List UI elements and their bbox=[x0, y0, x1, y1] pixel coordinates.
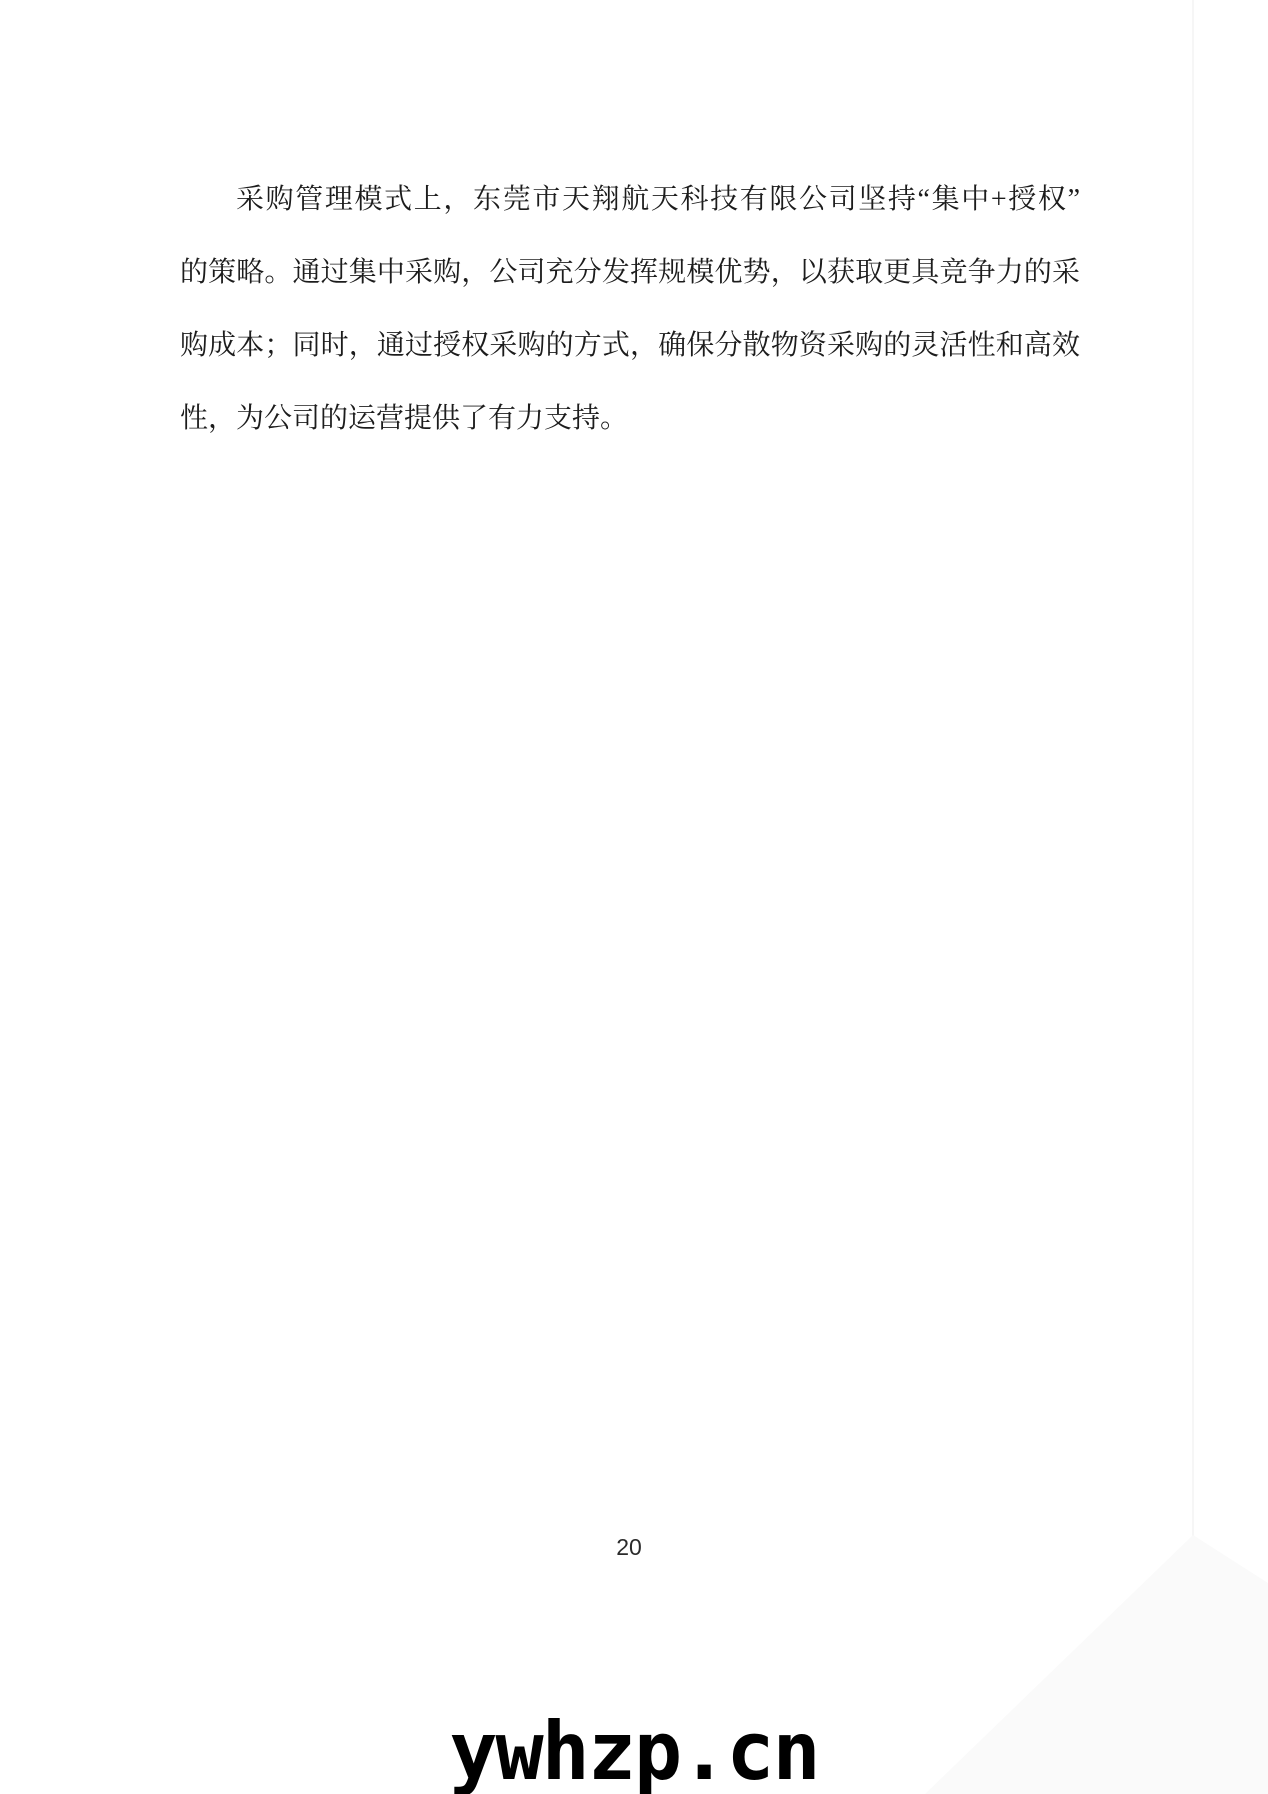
scan-artifact-line bbox=[1192, 0, 1194, 1794]
watermark-text: ywhzp.cn bbox=[0, 1712, 1268, 1792]
page-number: 20 bbox=[0, 1534, 1258, 1561]
paragraph-line: 购成本；同时，通过授权采购的方式，确保分散物资采购的灵活性和高效 bbox=[180, 309, 1080, 382]
document-page: 采购管理模式上，东莞市天翔航天科技有限公司坚持“集中+授权” 的策略。通过集中采… bbox=[0, 0, 1268, 1794]
body-paragraph: 采购管理模式上，东莞市天翔航天科技有限公司坚持“集中+授权” 的策略。通过集中采… bbox=[180, 163, 1080, 455]
paragraph-line: 的策略。通过集中采购，公司充分发挥规模优势，以获取更具竞争力的采 bbox=[180, 236, 1080, 309]
paragraph-line: 采购管理模式上，东莞市天翔航天科技有限公司坚持“集中+授权” bbox=[180, 163, 1080, 236]
paragraph-line: 性，为公司的运营提供了有力支持。 bbox=[180, 382, 1080, 455]
